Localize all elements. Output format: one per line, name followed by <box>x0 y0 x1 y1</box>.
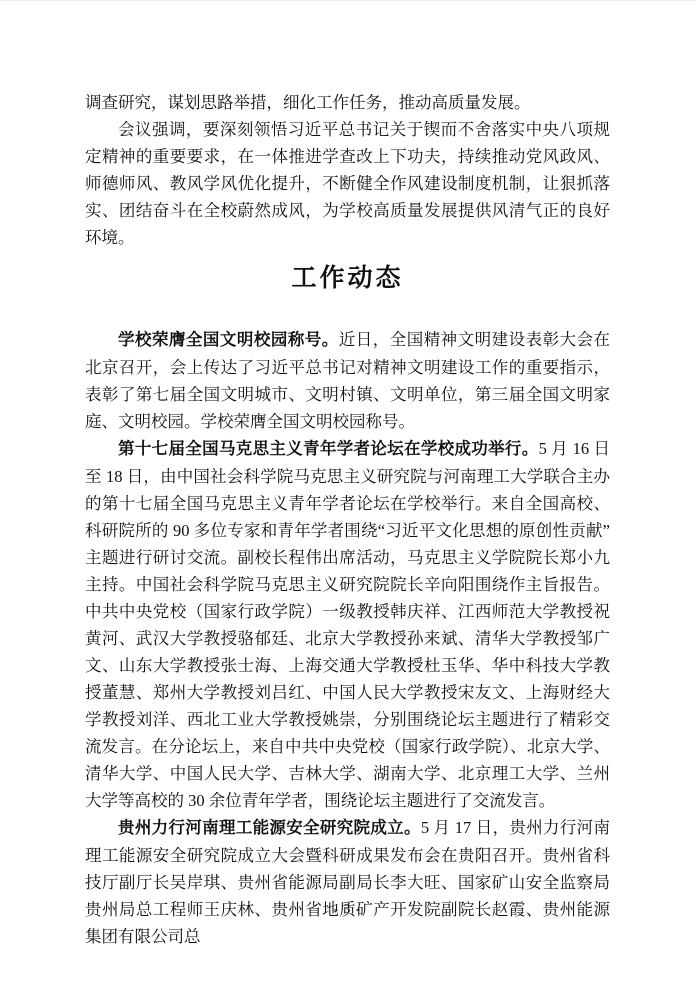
section-heading: 工作动态 <box>85 261 610 297</box>
news-item-lead: 贵州力行河南理工能源安全研究院成立。 <box>118 819 421 837</box>
news-item-body: 5 月 16 日至 18 日，由中国社会科学院马克思主义研究院与河南理工大学联合… <box>85 439 610 810</box>
document-body: 调查研究，谋划思路举措，细化工作任务，推动高质量发展。 会议强调，要深刻领悟习近… <box>85 89 610 950</box>
news-item-body: 5 月 17 日，贵州力行河南理工能源安全研究院成立大会暨科研成果发布会在贵阳召… <box>85 818 610 946</box>
intro-paragraph-continuation: 调查研究，谋划思路举措，细化工作任务，推动高质量发展。 <box>85 89 610 116</box>
news-item: 贵州力行河南理工能源安全研究院成立。5 月 17 日，贵州力行河南理工能源安全研… <box>85 814 610 950</box>
news-item-lead: 学校荣膺全国文明校园称号。 <box>118 331 339 349</box>
news-item: 学校荣膺全国文明校园称号。近日，全国精神文明建设表彰大会在北京召开，会上传达了习… <box>85 326 610 435</box>
news-item: 第十七届全国马克思主义青年学者论坛在学校成功举行。5 月 16 日至 18 日，… <box>85 435 610 814</box>
intro-paragraph-meeting-emphasis: 会议强调，要深刻领悟习近平总书记关于锲而不舍落实中央八项规定精神的重要要求，在一… <box>85 116 610 251</box>
document-page: 调查研究，谋划思路举措，细化工作任务，推动高质量发展。 会议强调，要深刻领悟习近… <box>0 0 695 984</box>
news-item-lead: 第十七届全国马克思主义青年学者论坛在学校成功举行。 <box>118 440 539 458</box>
page-number: - 3 - <box>0 900 695 918</box>
